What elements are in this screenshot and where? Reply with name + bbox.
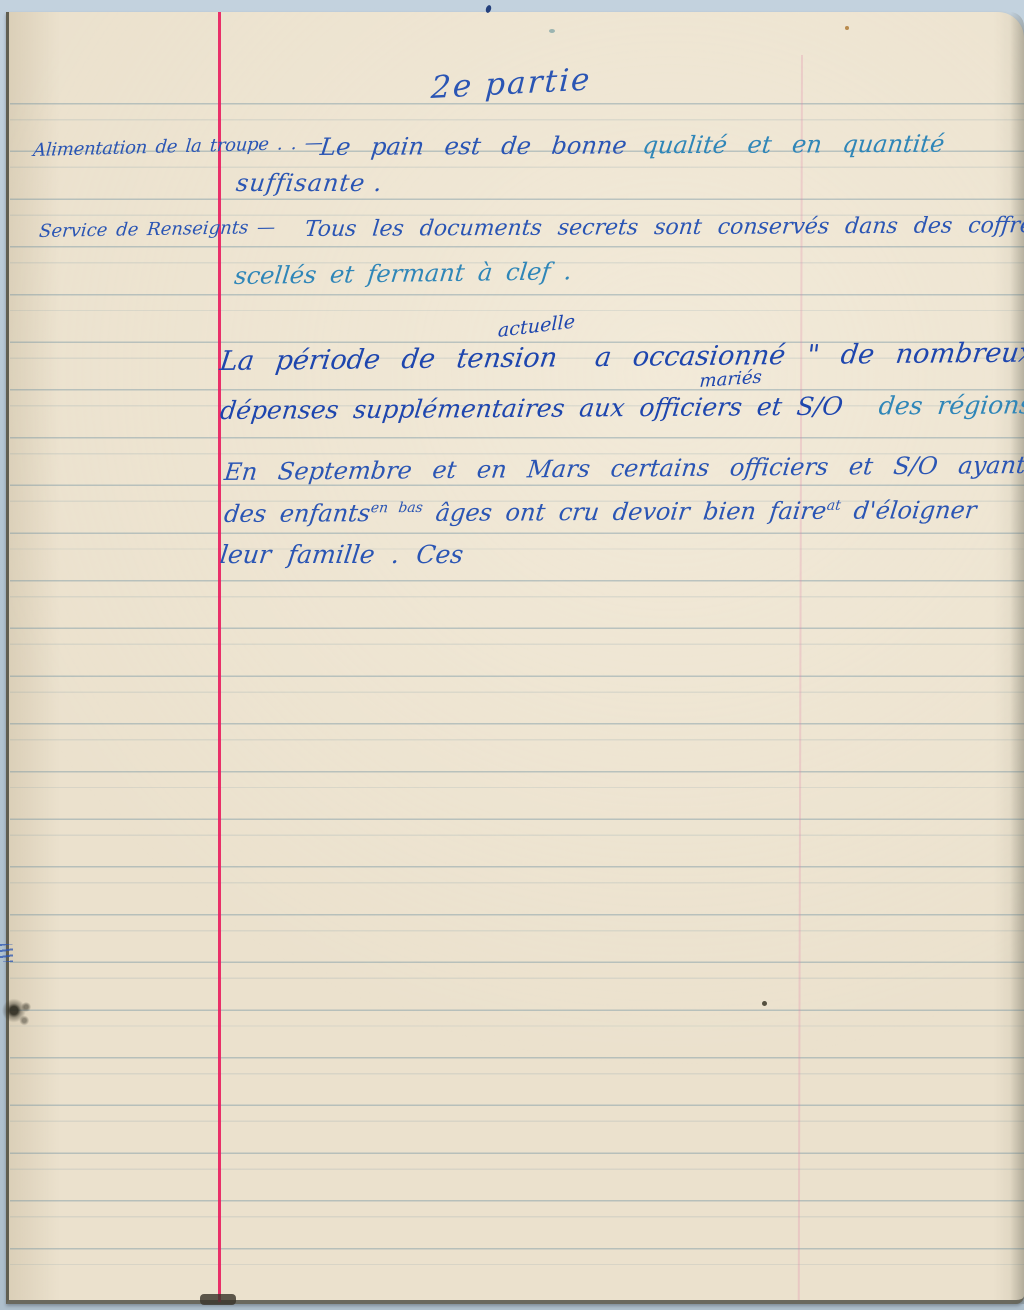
body-line-enfants-part1: des enfants [223, 499, 372, 528]
body-line-pain: Le pain est de bonnequalité et en quanti… [319, 130, 946, 161]
body-line-enfants-part2: âges ont cru devoir bien faire [421, 497, 828, 527]
body-line-depenses-part1: dépenses supplémentaires aux officiers e… [219, 392, 845, 425]
inserted-words-en-bas: en bas [370, 500, 424, 516]
paper-speck [845, 26, 849, 30]
red-margin-line [218, 12, 221, 1302]
body-line-pain-part2: qualité et en quantité [641, 130, 946, 160]
edge-ink-scribble [0, 944, 13, 962]
body-line-famille: leur famille . Ces [218, 540, 465, 569]
inserted-word-maries: mariés [699, 367, 763, 392]
body-line-documents: Tous les documents secrets sont conservé… [304, 213, 1024, 242]
bottom-edge-mark [200, 1294, 236, 1305]
body-line-suffisante: suffisante . [235, 169, 385, 197]
body-line-enfants: des enfantsen bas âges ont cru devoir bi… [223, 496, 978, 528]
paper-speck [762, 1001, 767, 1006]
body-line-scelles: scellés et fermant à clef . [233, 257, 573, 290]
body-line-depenses-part2: des régions de l'Est [877, 390, 1024, 421]
body-line-enfants-part3: d'éloigner [839, 496, 978, 525]
page-edge-shadow [1010, 12, 1024, 1304]
body-line-periode-part1: La période de tension [218, 342, 559, 377]
margin-note-renseignements: Service de Renseignts — [38, 217, 276, 242]
body-line-pain-part1: Le pain est de bonne [319, 131, 629, 161]
body-line-depenses: dépenses supplémentaires aux officiers e… [219, 390, 1024, 425]
ink-speck [549, 29, 555, 33]
body-line-periode-part2: a occasionné " de nombreux [593, 337, 1024, 373]
